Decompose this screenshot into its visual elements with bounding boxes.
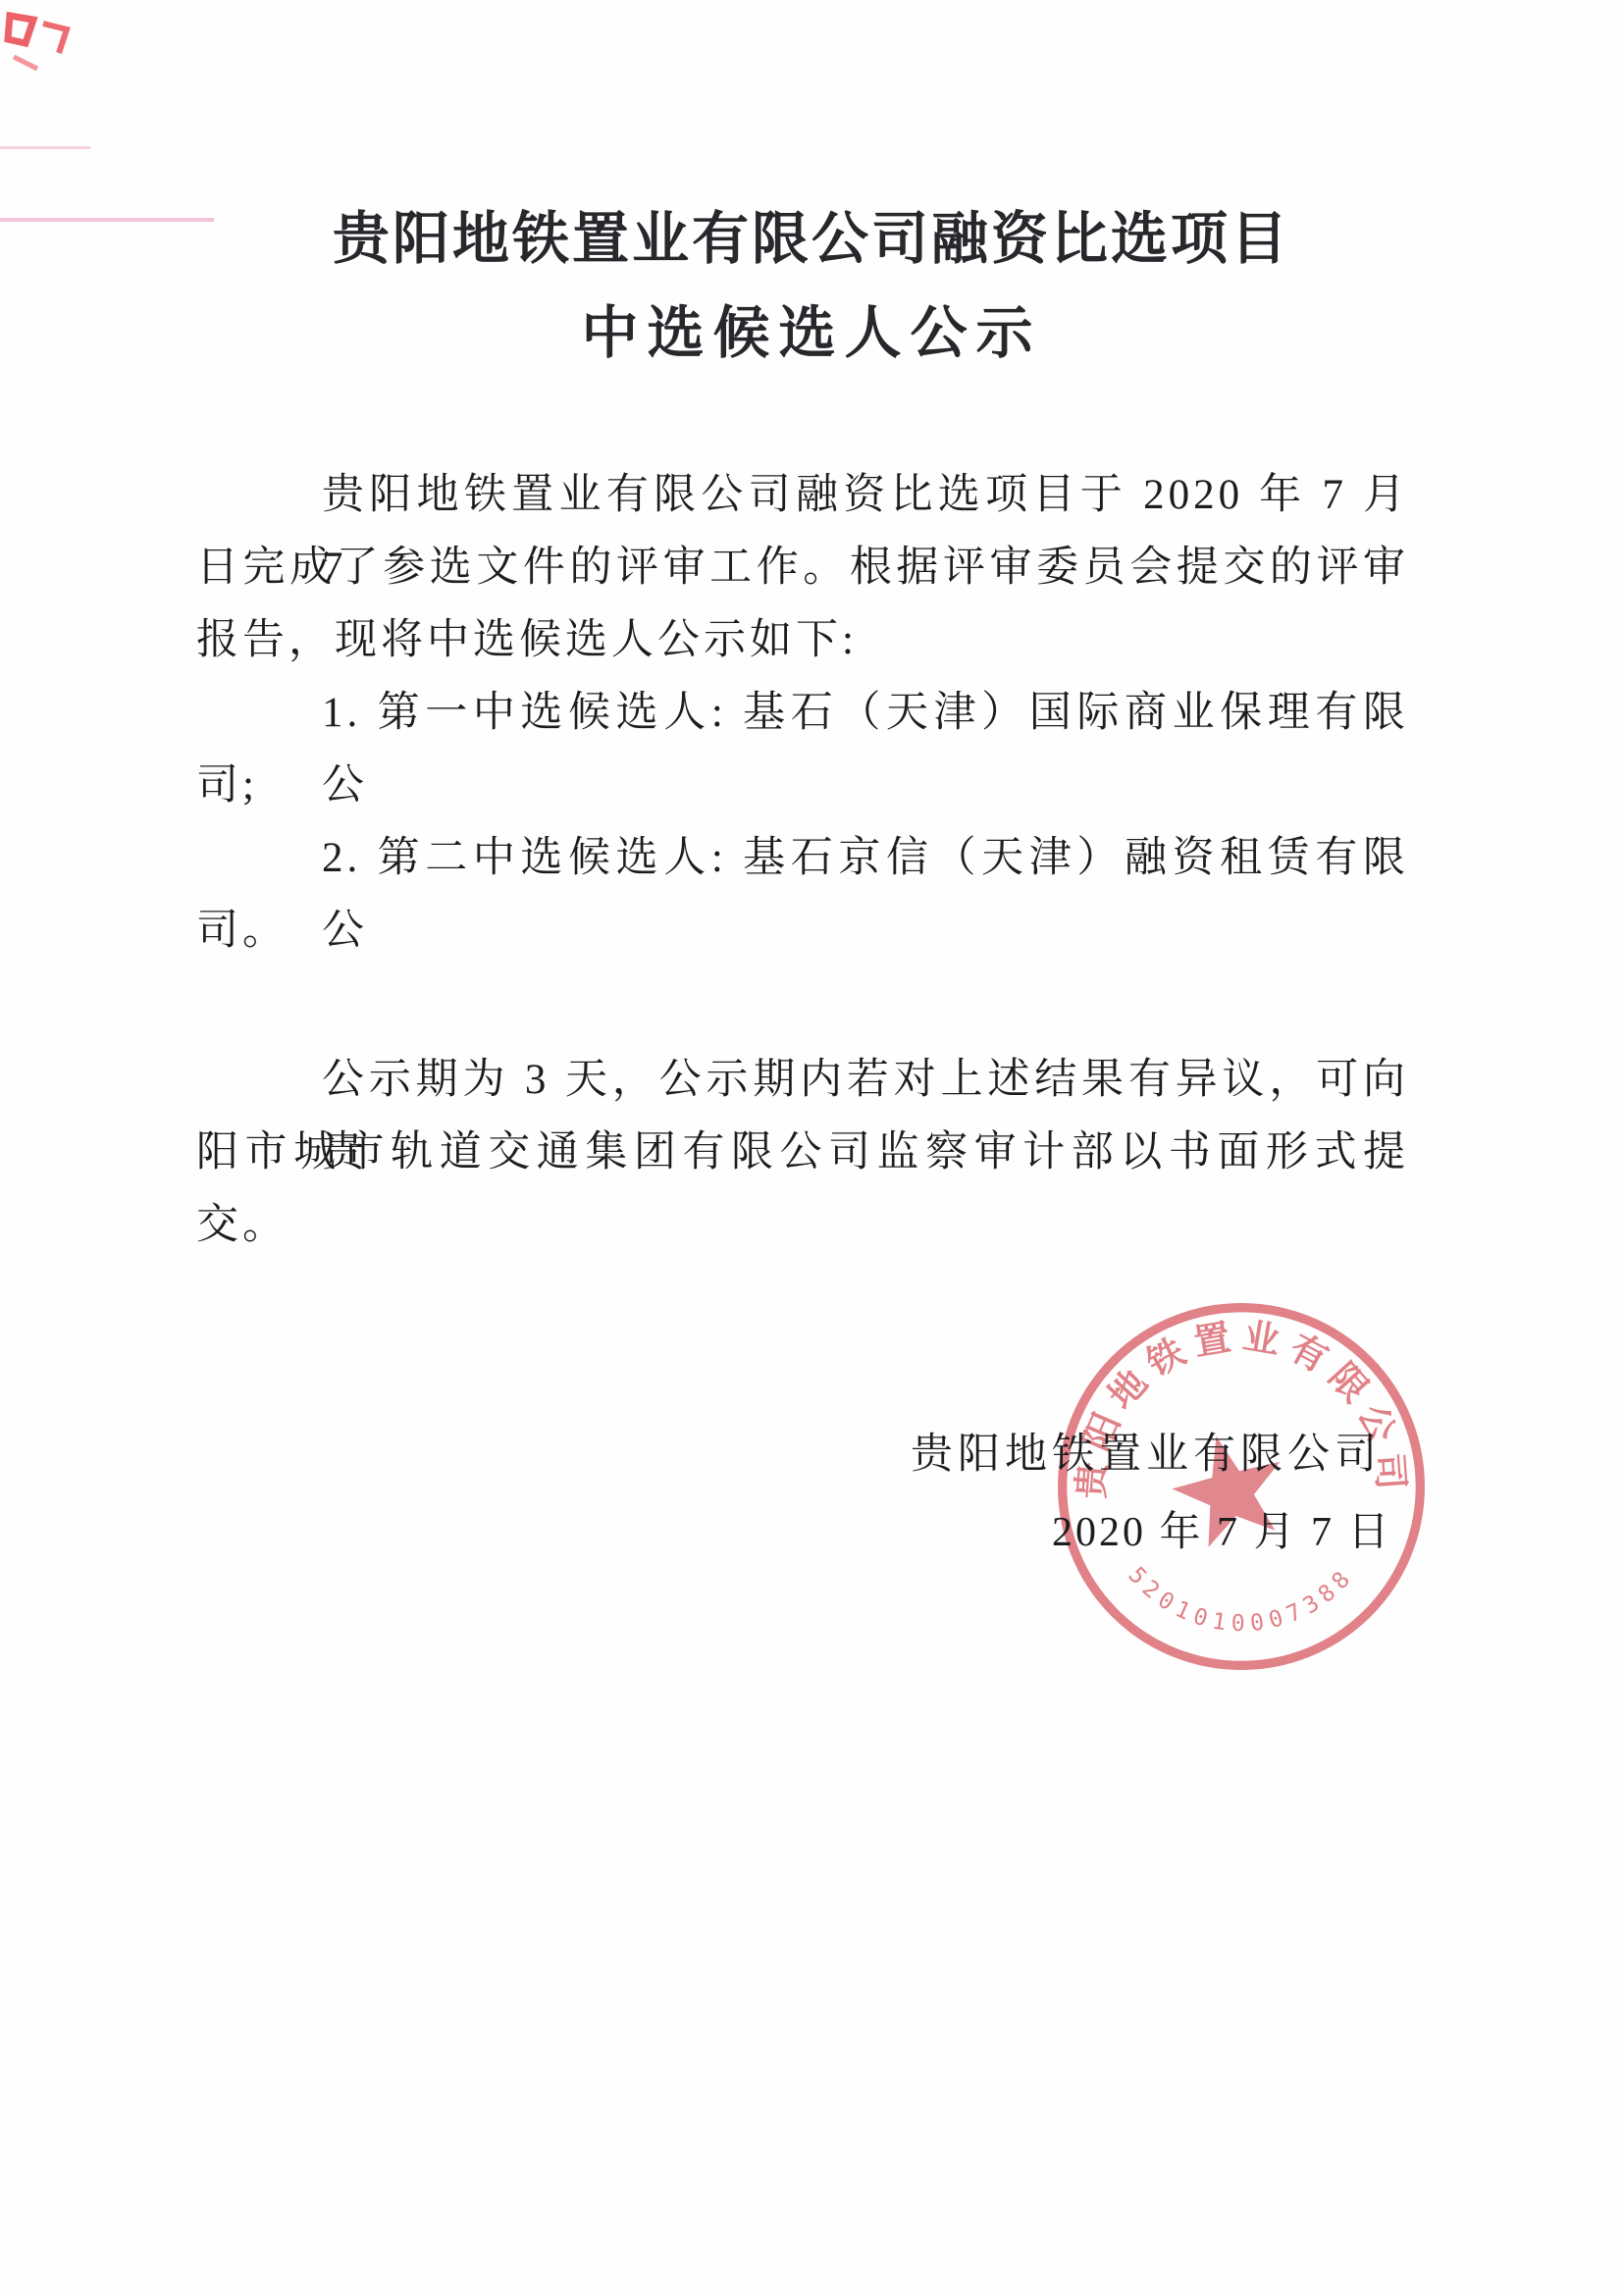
body-line: 日完成了参选文件的评审工作。根据评审委员会提交的评审 bbox=[196, 532, 1409, 604]
document-body: 贵阳地铁置业有限公司融资比选项目于 2020 年 7 月 7 日完成了参选文件的… bbox=[196, 459, 1409, 1262]
body-line: 公示期为 3 天，公示期内若对上述结果有异议，可向贵 bbox=[196, 1044, 1409, 1117]
body-line: 报告，现将中选候选人公示如下: bbox=[196, 604, 1409, 677]
signature-company: 贵阳地铁置业有限公司 bbox=[911, 1421, 1382, 1481]
body-line: 贵阳地铁置业有限公司融资比选项目于 2020 年 7 月 7 bbox=[196, 459, 1409, 532]
official-seal: 贵阳地铁置业有限公司 5201010007388 bbox=[1045, 1290, 1438, 1683]
scan-artifact-line bbox=[0, 146, 90, 149]
body-line: 司。 bbox=[196, 895, 1409, 967]
body-line: 交。 bbox=[196, 1189, 1409, 1262]
title-line-1: 贵阳地铁置业有限公司融资比选项目 bbox=[0, 192, 1623, 287]
signature-date: 2020 年 7 月 7 日 bbox=[1052, 1499, 1392, 1558]
scan-artifact-line bbox=[0, 218, 214, 222]
red-pen-mark bbox=[4, 10, 75, 78]
body-line: 1. 第一中选候选人: 基石（天津）国际商业保理有限公 bbox=[196, 677, 1409, 750]
document-page: 贵阳地铁置业有限公司融资比选项目 中选候选人公示 贵阳地铁置业有限公司融资比选项… bbox=[0, 0, 1623, 2296]
seal-number-path: 5201010007388 bbox=[1123, 1562, 1359, 1637]
seal-number: 5201010007388 bbox=[1123, 1562, 1359, 1637]
body-line: 2. 第二中选候选人: 基石京信（天津）融资租赁有限公 bbox=[196, 822, 1409, 895]
paragraph-gap bbox=[196, 967, 1409, 1044]
body-line: 阳市城市轨道交通集团有限公司监察审计部以书面形式提 bbox=[196, 1117, 1409, 1189]
title-line-2: 中选候选人公示 bbox=[0, 287, 1623, 381]
document-title: 贵阳地铁置业有限公司融资比选项目 中选候选人公示 bbox=[0, 192, 1623, 381]
body-line: 司; bbox=[196, 750, 1409, 822]
